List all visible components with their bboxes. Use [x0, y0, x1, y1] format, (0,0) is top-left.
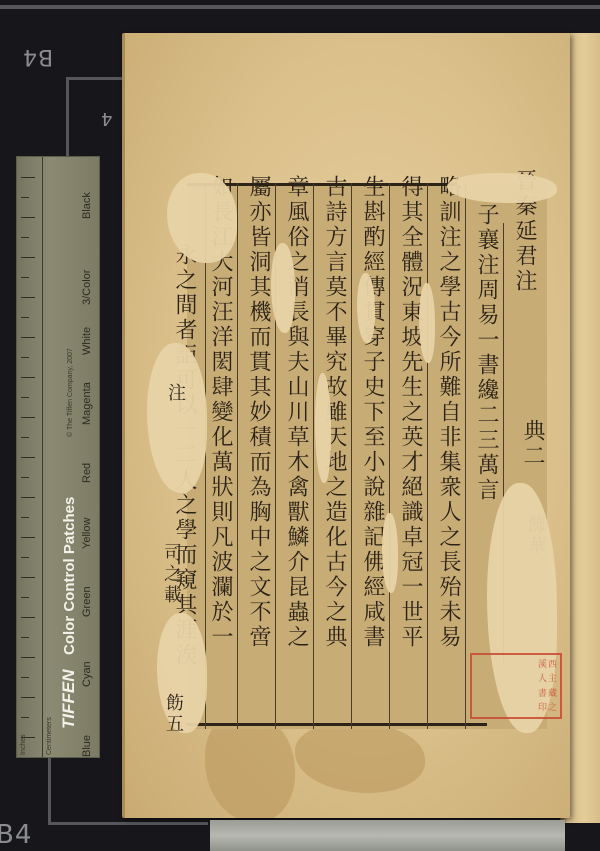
fragment-column-bottom: 飭五 [155, 693, 185, 735]
ruler-scale [21, 157, 43, 757]
color-control-ruler: Inches Centimeters TIFFEN Color Control … [16, 156, 100, 758]
patch-label-magenta: Magenta [81, 382, 93, 425]
bottom-tape-strip [210, 820, 565, 851]
guide-line-inner-h [66, 77, 126, 80]
patch-label-red: Red [81, 463, 93, 483]
header-right-column: 典二 [517, 419, 547, 469]
guide-line-bottom-v [48, 758, 51, 824]
patch-label-cyan: Cyan [81, 661, 93, 687]
guide-line-inner-v [66, 77, 69, 157]
text-column-4: 生斟酌經傳貫穿子史下至小說雜記佛經咸書 [357, 175, 387, 650]
guide-line-bottom [48, 822, 208, 825]
guide-line-top [0, 5, 600, 9]
ruler-title: Color Control Patches [61, 497, 78, 655]
guide-label-b4-top: B4 [22, 44, 53, 69]
text-column-7: 屬亦皆洞其機而貫其妙積而為胸中之文不啻 [243, 175, 273, 650]
text-column-2: 略訓注之學古今所難自非集衆人之長殆未易 [433, 175, 463, 650]
tiffen-logo: TIFFEN [59, 670, 79, 730]
text-column-3: 得其全體況東坡先生之英才絕識卓冠一世平 [395, 175, 425, 650]
printed-text-block: 晉秦延君注 典二 飾華 子襄注周易一書纔二三萬言 略訓注之學古今所難自非集衆人之… [187, 183, 547, 729]
ruler-centimeters-label: Centimeters [46, 717, 53, 755]
fragment-column-note: 注 [157, 383, 187, 404]
patch-label-black: Black [81, 192, 93, 219]
text-column-1: 子襄注周易一書纔二三萬言 [471, 203, 501, 503]
fragment-column-zaizhi: 司之載 [153, 543, 183, 606]
water-stain [295, 723, 425, 793]
patch-label-yellow: Yellow [81, 518, 93, 549]
bottom-border-rule [187, 723, 487, 726]
red-seal-stamp: 西溪 主人 藏書 之印 [470, 653, 562, 719]
book-page: 晉秦延君注 典二 飾華 子襄注周易一書纔二三萬言 略訓注之學古今所難自非集衆人之… [122, 33, 570, 818]
patch-label-3color: 3/Color [81, 270, 93, 305]
guide-label-b4-bottom: B4 [0, 820, 32, 850]
ruler-copyright: © The Tiffen Company, 2007 [67, 348, 74, 437]
patch-label-blue: Blue [81, 735, 93, 757]
patch-label-white: White [81, 327, 93, 355]
patch-label-green: Green [81, 586, 93, 617]
guide-label-4: 4 [100, 108, 112, 129]
ruler-inches-label: Inches [20, 734, 27, 755]
